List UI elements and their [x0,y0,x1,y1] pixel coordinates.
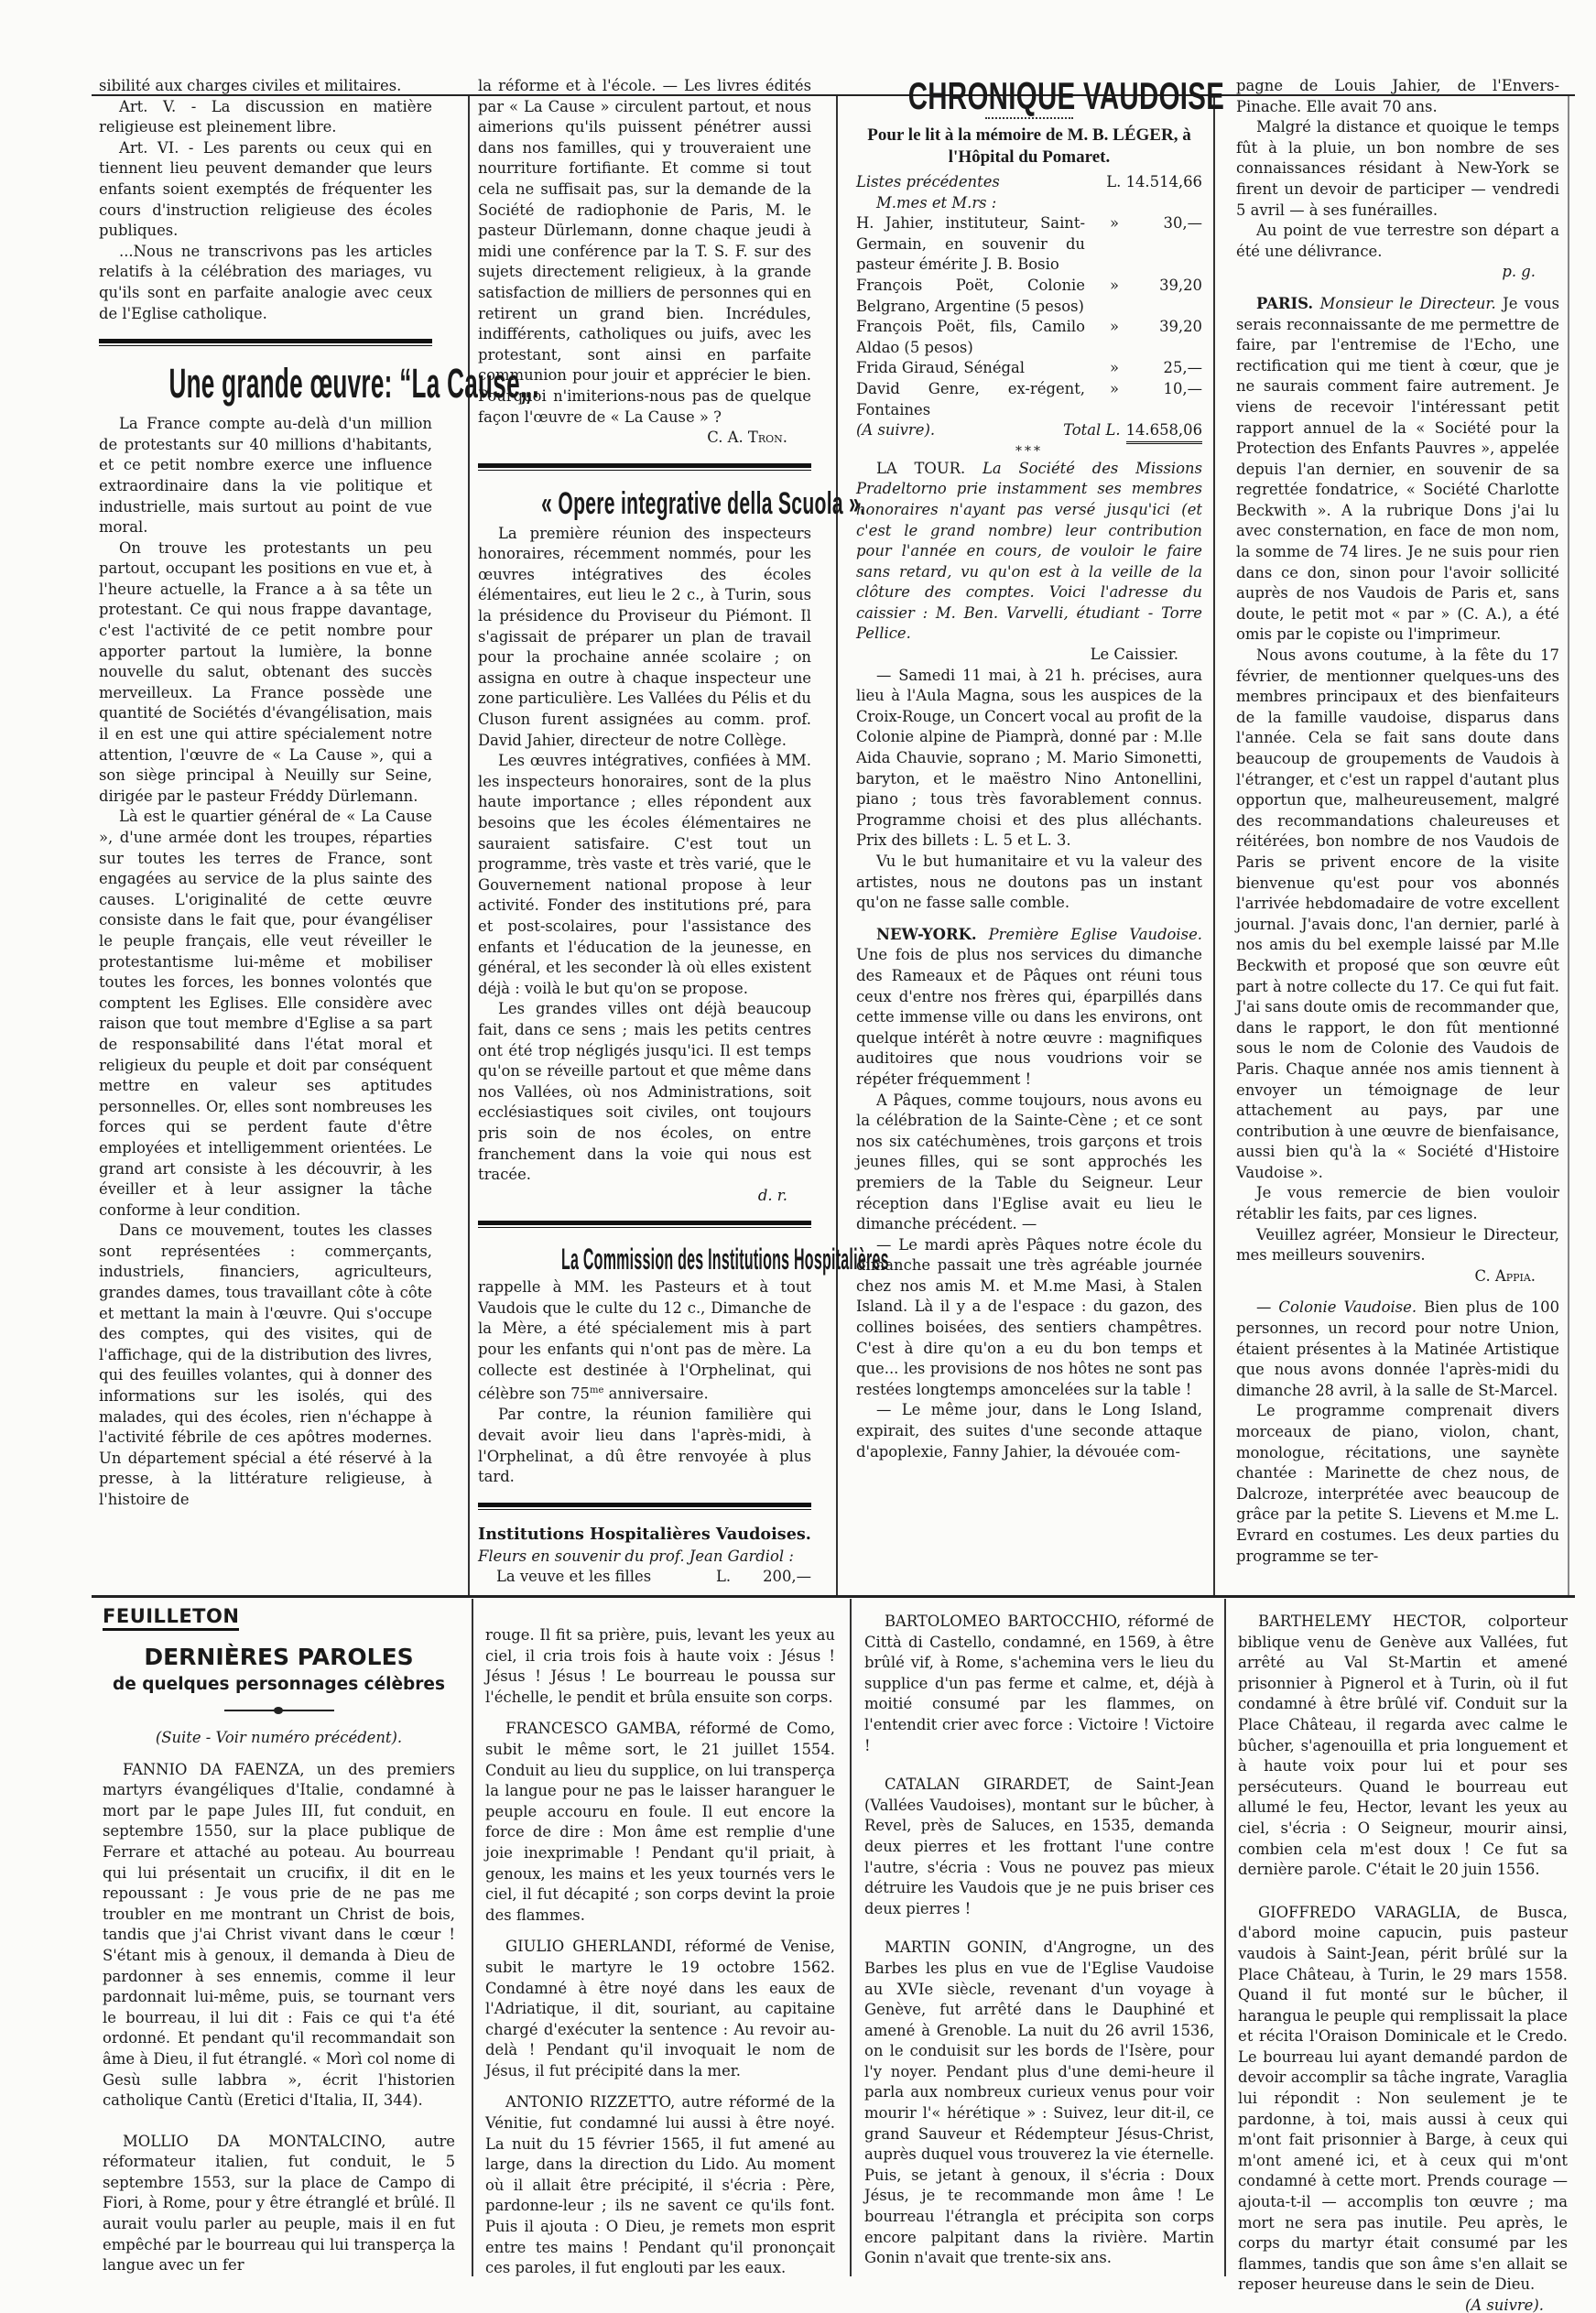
ordinal-suffix: me [590,1385,603,1395]
donor-row: Frida Giraud, Sénégal»25,— [856,358,1202,379]
article-text: La première réunion des inspecteurs hono… [478,524,811,752]
headline-opere-integrative: « Opere integrative della Scuola ». [541,483,748,524]
donor-name: La veuve et les filles [496,1567,707,1588]
article-text: Le programme comprenait divers morceaux … [1236,1401,1559,1567]
feuilleton-subtitle: de quelques personnages célèbres [103,1673,455,1697]
column-divider [1213,96,1215,1595]
article-text: Art. V. - La discussion en matière relig… [99,97,432,138]
ornament-divider [224,1710,334,1711]
article-text: pagne de Louis Jahier, de l'Envers-Pinac… [1236,76,1559,117]
section-rule [478,1221,811,1228]
article-text: Au point de vue terrestre son départ a é… [1236,221,1559,262]
column-divider [468,96,470,1595]
article-text: On trouve les protestants un peu partout… [99,538,432,808]
signature: d. r. [478,1186,811,1207]
column-3: CHRONIQUE VAUDOISE Pour le lit à la mémo… [856,73,1202,1462]
feuilleton-title: DERNIÈRES PAROLES [103,1642,455,1673]
feuilleton-entry: GIULIO GHERLANDI, réformé de Venise, sub… [485,1937,835,2081]
ditto-mark: » [1098,379,1131,400]
donor-row: François Poët, Colonie Belgrano, Argenti… [856,276,1202,317]
continued-note: (Suite - Voir numéro précédent). [103,1728,455,1749]
fund-title: Pour le lit à la mémoire de M. B. LÉGER,… [856,125,1202,168]
signature: C. A. Tron. [478,428,811,449]
latour-text: La Société des Missions Pradeltorno prie… [856,460,1202,643]
headline-chronique-vaudoise: CHRONIQUE VAUDOISE [908,73,1151,119]
donor-amount: 25,— [1131,358,1202,379]
paris-text: Je vous serais reconnaissante de me perm… [1236,295,1559,644]
page-edge [1568,96,1569,1595]
donor-amount: 10,— [1131,379,1202,400]
signature: C. Appia. [1236,1266,1559,1287]
newspaper-page: sibilité aux charges civiles et militair… [0,0,1596,2313]
article-text: Je vous remercie de bien vouloir rétabli… [1236,1183,1559,1224]
column-4: pagne de Louis Jahier, de l'Envers-Pinac… [1236,76,1559,1567]
ny-subtitle: Première Eglise Vaudoise. [989,926,1202,943]
feuilleton-entry: CATALAN GIRARDET, de Saint-Jean (Vallées… [864,1775,1214,1919]
section-rule [478,1503,811,1510]
donor-name: Frida Giraud, Sénégal [856,358,1098,379]
article-text: sibilité aux charges civiles et militair… [99,76,432,97]
article-text: ...Nous ne transcrivons pas les articles… [99,242,432,324]
feuilleton-column-2: rouge. Il fit sa prière, puis, levant le… [485,1625,835,2279]
feuilleton-entry: BARTOLOMEO BARTOCCHIO, réformé de Città … [864,1612,1214,1756]
headline-la-cause: Une grande œuvre: “La Cause„. [168,359,362,408]
article-text: Par contre, la réunion familière qui dev… [478,1405,811,1487]
feuilleton-entry: ANTONIO RIZZETTO, autre réformé de la Vé… [485,2092,835,2278]
article-text: A Pâques, comme toujours, nous avons eu … [856,1091,1202,1235]
article-text: LA TOUR. La Société des Missions Pradelt… [856,459,1202,645]
paris-salutation: Monsieur le Directeur. [1320,295,1496,312]
article-text: rappelle à MM. les Pasteurs et à tout Va… [478,1277,811,1405]
article-text: Art. VI. - Les parents ou ceux qui en ti… [99,138,432,242]
article-text: Nous avons coutume, à la fête du 17 févr… [1236,646,1559,1183]
currency: L. [707,1567,740,1588]
feuilleton-entry: GIOFFREDO VARAGLIA, de Busca, d'abord mo… [1238,1903,1568,2296]
column-1: sibilité aux charges civiles et militair… [99,76,432,1511]
article-text: — Samedi 11 mai, à 21 h. précises, aura … [856,666,1202,852]
feuilleton-entry: rouge. Il fit sa prière, puis, levant le… [485,1625,835,1708]
feuilleton-entry: FANNIO DA FAENZA, un des premiers martyr… [103,1760,455,2112]
feuilleton-label: FEUILLETON [103,1604,239,1631]
donor-name: François Poët, Colonie Belgrano, Argenti… [856,276,1098,317]
feuilleton-column-3: BARTOLOMEO BARTOCCHIO, réformé de Città … [864,1612,1214,2269]
article-text: Vu le but humanitaire et vu la valeur de… [856,852,1202,914]
donor-name: François Poët, fils, Camilo Aldao (5 pes… [856,317,1098,358]
donor-row: David Genre, ex-régent, Fontaines»10,— [856,379,1202,420]
previous-lists-amount: L. 14.514,66 [1106,172,1202,193]
feuilleton-entry: MARTIN GONIN, d'Angrogne, un des Barbes … [864,1938,1214,2269]
ny-text: Une fois de plus nos services du dimanch… [856,946,1202,1088]
previous-lists-row: Listes précédentes L. 14.514,66 [856,172,1202,193]
donors-header: M.mes et M.rs : [856,193,1202,214]
donor-amount: 39,20 [1131,276,1202,297]
article-text: PARIS. Monsieur le Directeur. Je vous se… [1236,294,1559,646]
feuilleton-column-4: BARTHELEMY HECTOR, colporteur biblique v… [1238,1612,1568,2313]
article-text: Dans ce mouvement, toutes les classes so… [99,1221,432,1510]
place-lead: LA TOUR. [876,460,965,477]
column-divider [1224,1599,1226,2276]
headline-institutions: Institutions Hospitalières Vaudoises. [478,1523,811,1547]
total-amount: 14.658,06 [1126,420,1202,444]
column-divider [472,1599,473,2276]
comm-text: rappelle à MM. les Pasteurs et à tout Va… [478,1278,811,1402]
donation-amount: 200,— [740,1567,811,1588]
place-lead: PARIS. [1256,295,1313,312]
column-2: la réforme et à l'école. — Les livres éd… [478,76,811,1588]
donor-amount: 39,20 [1131,317,1202,338]
article-text: Veuillez agréer, Monsieur le Directeur, … [1236,1225,1559,1266]
section-rule [478,463,811,471]
ditto-mark: » [1098,317,1131,338]
total-row: (A suivre). Total L. 14.658,06 [856,420,1202,444]
column-divider [850,1599,852,2276]
article-text: Malgré la distance et quoique le temps f… [1236,117,1559,221]
place-lead: NEW-YORK. [876,926,977,943]
donor-name: H. Jahier, instituteur, Saint-Germain, e… [856,213,1098,276]
to-be-continued: (A suivre). [1238,2296,1568,2313]
donor-name: David Genre, ex-régent, Fontaines [856,379,1098,420]
ditto-mark: » [1098,358,1131,379]
signature: p. g. [1236,262,1559,283]
ditto-mark: » [1098,213,1131,234]
donor-row: H. Jahier, instituteur, Saint-Germain, e… [856,213,1202,276]
colonie-lead: — Colonie Vaudoise. [1256,1298,1417,1316]
article-text: — Colonie Vaudoise. Bien plus de 100 per… [1236,1298,1559,1401]
article-text: — Le même jour, dans le Long Island, exp… [856,1400,1202,1462]
previous-lists-label: Listes précédentes [856,172,1106,193]
feuilleton-column-1: FEUILLETON DERNIÈRES PAROLES de quelques… [103,1604,455,2276]
donor-row: François Poët, fils, Camilo Aldao (5 pes… [856,317,1202,358]
article-text: Là est le quartier général de « La Cause… [99,807,432,1221]
article-text: NEW-YORK. Première Eglise Vaudoise. Une … [856,925,1202,1091]
section-stars: *** [856,444,1202,459]
column-divider [836,96,838,1595]
feuilleton-separator [92,1595,1575,1598]
section-rule [99,339,432,346]
headline-commission: La Commission des Institutions Hospitali… [561,1241,728,1277]
donation-row: La veuve et les filles L. 200,— [478,1567,811,1588]
article-text: La France compte au-delà d'un million de… [99,414,432,538]
feuilleton-entry: FRANCESCO GAMBA, réformé de Como, subit … [485,1719,835,1926]
signature: Le Caissier. [856,645,1202,666]
article-text: — Le mardi après Pâques notre école du d… [856,1235,1202,1401]
ditto-mark: » [1098,276,1131,297]
donation-subtitle: Fleurs en souvenir du prof. Jean Gardiol… [478,1547,811,1568]
article-text: la réforme et à l'école. — Les livres éd… [478,76,811,428]
donor-amount: 30,— [1131,213,1202,234]
total-label: Total L. [1063,420,1120,441]
to-be-continued: (A suivre). [856,420,1063,441]
comm-text-end: anniversaire. [603,1385,708,1403]
feuilleton-entry: MOLLIO DA MONTALCINO, autre réformateur … [103,2132,455,2276]
article-text: Les grandes villes ont déjà beaucoup fai… [478,999,811,1185]
feuilleton-entry: BARTHELEMY HECTOR, colporteur biblique v… [1238,1612,1568,1881]
article-text: Les œuvres intégratives, confiées à MM. … [478,751,811,999]
